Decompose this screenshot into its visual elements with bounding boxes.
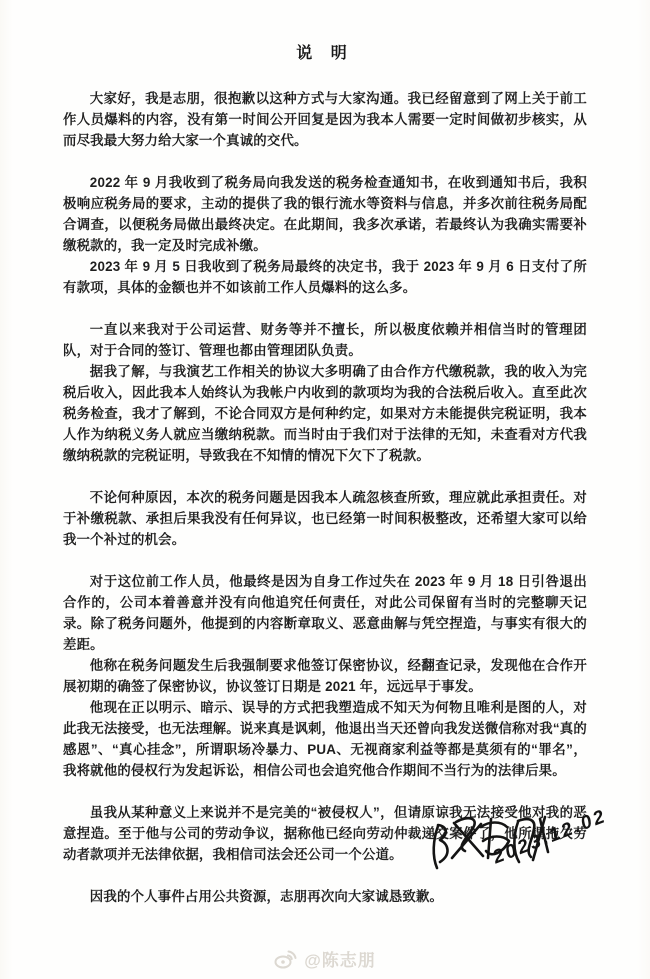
watermark: @陈志朋: [0, 946, 650, 971]
weibo-icon: [274, 949, 298, 969]
paragraph: 一直以来我对于公司运营、财务等并不擅长，所以极度依赖并相信当时的管理团队，对于合…: [63, 319, 587, 361]
paragraph: 据我了解，与我演艺工作相关的协议大多明确了由合作方代缴税款，我的收入为完税后收入…: [63, 361, 587, 466]
page-title: 说 明: [63, 40, 587, 63]
document-body: 说 明 大家好，我是志朋，很抱歉以这种方式与大家沟通。我已经留意到了网上关于前工…: [0, 0, 650, 907]
paragraph: 对于这位前工作人员，他最终是因为自身工作过失在 2023 年 9 月 18 日引…: [63, 571, 587, 655]
paragraph: 2023 年 9 月 5 日我收到了税务局最终的决定书，我于 2023 年 9 …: [63, 256, 587, 298]
watermark-handle: @陈志朋: [304, 946, 376, 971]
paragraph: 他现在正以明示、暗示、误导的方式把我塑造成不知天为何物且唯利是图的人，对此我无法…: [63, 697, 587, 781]
statement-document: 说 明 大家好，我是志朋，很抱歉以这种方式与大家沟通。我已经留意到了网上关于前工…: [0, 0, 650, 979]
paragraph: 不论何种原因，本次的税务问题是因我本人疏忽核查所致，理应就此承担责任。对于补缴税…: [63, 487, 587, 550]
paragraph-list: 大家好，我是志朋，很抱歉以这种方式与大家沟通。我已经留意到了网上关于前工作人员爆…: [63, 88, 587, 907]
paragraph: 大家好，我是志朋，很抱歉以这种方式与大家沟通。我已经留意到了网上关于前工作人员爆…: [63, 88, 587, 151]
paragraph: 2022 年 9 月我收到了税务局向我发送的税务检查通知书，在收到通知书后，我积…: [63, 172, 587, 256]
signature-block: 陈志朋 2023.12.02: [418, 798, 638, 948]
paragraph: 他称在税务问题发生后我强制要求他签订保密协议，经翻查记录，发现他在合作开展初期的…: [63, 655, 587, 697]
